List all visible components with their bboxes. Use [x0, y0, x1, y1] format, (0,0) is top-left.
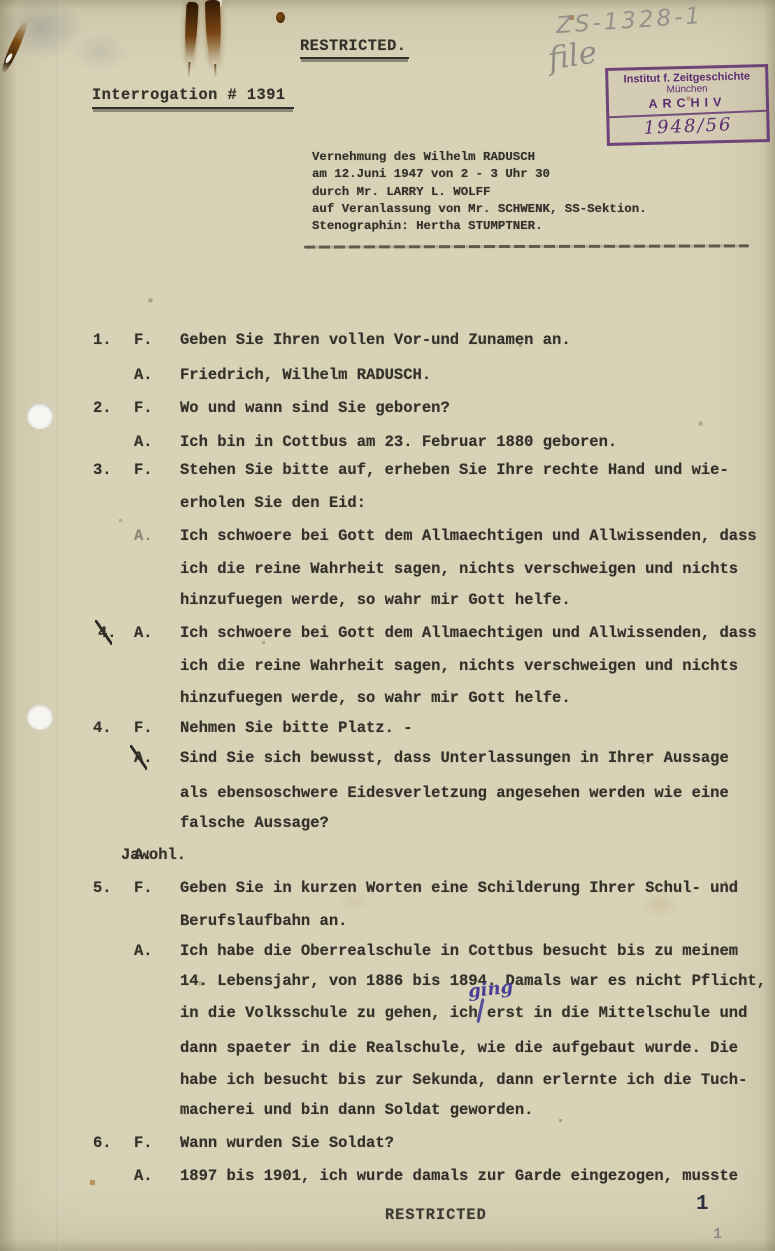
- qa-line: 4. A. Ich schwoere bei Gott dem Allmaech…: [93, 624, 773, 645]
- qa-line: in die Volksschule zu gehen, ich erst in…: [93, 1004, 773, 1025]
- line-text: Wo und wann sind Sie geboren?: [180, 399, 450, 417]
- speaker-label: F.: [134, 879, 153, 897]
- line-text: macherei und bin dann Soldat geworden.: [180, 1101, 533, 1119]
- line-text: Jawohl.: [121, 846, 186, 864]
- header-line: Vernehmung des Wilhelm RADUSCH: [312, 149, 647, 166]
- qa-line: A. Ich schwoere bei Gott dem Allmaechtig…: [93, 527, 773, 548]
- page-number: 1: [696, 1193, 709, 1216]
- line-text: Friedrich, Wilhelm RADUSCH.: [180, 366, 431, 384]
- qa-line: Berufslaufbahn an.: [93, 912, 773, 933]
- question-number: 3.: [93, 461, 112, 479]
- qa-line: 4. F. Nehmen Sie bitte Platz. -: [93, 719, 773, 740]
- speaker-label: F.: [134, 331, 153, 349]
- speaker-label: F.: [134, 719, 153, 737]
- line-text: Ich schwoere bei Gott dem Allmaechtigen …: [180, 624, 757, 642]
- line-text: ich die reine Wahrheit sagen, nichts ver…: [180, 657, 738, 675]
- speaker-label: A.: [134, 433, 153, 451]
- speaker-label: A.: [134, 527, 153, 545]
- interrogation-header-block: Vernehmung des Wilhelm RADUSCH am 12.Jun…: [312, 149, 647, 235]
- qa-line: erholen Sie den Eid:: [93, 494, 773, 515]
- handwritten-insertion: ging: [467, 977, 514, 1003]
- speaker-label: A.: [134, 1167, 153, 1185]
- qa-line: A. Ich habe die Oberrealschule in Cottbu…: [93, 942, 773, 963]
- speaker-label: F.: [134, 461, 153, 479]
- line-text: ich die reine Wahrheit sagen, nichts ver…: [180, 560, 738, 578]
- speaker-label: F.: [134, 399, 153, 417]
- speaker-label: A.: [134, 624, 153, 642]
- question-number: 4.: [93, 719, 112, 737]
- qa-line: 5. F. Geben Sie in kurzen Worten eine Sc…: [93, 879, 773, 900]
- paper-speckles: [0, 0, 1, 1]
- typed-divider-rule: [304, 244, 749, 248]
- qa-line: 6. F. Wann wurden Sie Soldat?: [93, 1134, 773, 1155]
- question-number-struck: 4.: [98, 624, 117, 642]
- header-line: durch Mr. LARRY L. WOLFF: [312, 184, 647, 201]
- rust-spot: [276, 12, 285, 23]
- line-text: Wann wurden Sie Soldat?: [180, 1134, 394, 1152]
- speaker-label: A.: [134, 942, 153, 960]
- qa-line: als ebensoschwere Eidesverletzung angese…: [93, 784, 773, 805]
- line-text: erholen Sie den Eid:: [180, 494, 366, 512]
- qa-line: 3. F. Stehen Sie bitte auf, erheben Sie …: [93, 461, 773, 482]
- classification-footer: RESTRICTED: [385, 1206, 487, 1224]
- qa-line: hinzufuegen werde, so wahr mir Gott helf…: [93, 591, 773, 612]
- line-text: dann spaeter in die Realschule, wie die …: [180, 1039, 738, 1057]
- qa-line: A. Ich bin in Cottbus am 23. Februar 188…: [93, 433, 773, 454]
- qa-line: 14. Lebensjahr, von 1886 bis 1894. Damal…: [93, 972, 773, 993]
- qa-line: falsche Aussage?: [93, 814, 773, 835]
- qa-line: 1. F. Geben Sie Ihren vollen Vor-und Zun…: [93, 331, 773, 352]
- line-text: Sind Sie sich bewusst, dass Unterlassung…: [180, 749, 729, 767]
- punch-hole: [27, 704, 53, 730]
- line-text: hinzufuegen werde, so wahr mir Gott helf…: [180, 689, 571, 707]
- qa-line: hinzufuegen werde, so wahr mir Gott helf…: [93, 689, 773, 710]
- burn-mark: [205, 0, 222, 66]
- question-number: 6.: [93, 1134, 112, 1152]
- stamp-accession-number: 1948/56: [609, 110, 767, 141]
- paper-fold-crease: [57, 0, 59, 1251]
- line-text: Stehen Sie bitte auf, erheben Sie Ihre r…: [180, 461, 729, 479]
- line-text: habe ich besucht bis zur Sekunda, dann e…: [180, 1071, 747, 1089]
- qa-line: A. 1897 bis 1901, ich wurde damals zur G…: [93, 1167, 773, 1188]
- line-text: Ich bin in Cottbus am 23. Februar 1880 g…: [180, 433, 617, 451]
- burn-mark-corner: [0, 19, 30, 76]
- qa-line: habe ich besucht bis zur Sekunda, dann e…: [93, 1071, 773, 1092]
- line-text: Ich schwoere bei Gott dem Allmaechtigen …: [180, 527, 757, 545]
- handwritten-file-note: file: [545, 34, 599, 77]
- handwritten-catalog-number: ZS-1328-1: [555, 3, 704, 39]
- line-text: Geben Sie Ihren vollen Vor-und Zunamen a…: [180, 331, 571, 349]
- header-line: Stenographin: Hertha STUMPTNER.: [312, 218, 647, 235]
- qa-line: A. Sind Sie sich bewusst, dass Unterlass…: [93, 749, 773, 770]
- punch-hole: [27, 403, 53, 429]
- qa-line: 2. F. Wo und wann sind Sie geboren?: [93, 399, 773, 420]
- question-number: 1.: [93, 331, 112, 349]
- qa-line: ich die reine Wahrheit sagen, nichts ver…: [93, 560, 773, 581]
- page-number-ghost: 1: [713, 1226, 722, 1243]
- qa-line: A. Jawohl.: [93, 846, 773, 867]
- line-text: Berufslaufbahn an.: [180, 912, 347, 930]
- line-text: Geben Sie in kurzen Worten eine Schilder…: [180, 879, 738, 897]
- line-text: in die Volksschule zu gehen, ich erst in…: [180, 1004, 747, 1022]
- scanned-document-page: RESTRICTED. Interrogation # 1391 ZS-1328…: [0, 0, 775, 1251]
- header-line: am 12.Juni 1947 von 2 - 3 Uhr 30: [312, 166, 647, 183]
- line-text: Nehmen Sie bitte Platz. -: [180, 719, 413, 737]
- question-number: 2.: [93, 399, 112, 417]
- qa-line: dann spaeter in die Realschule, wie die …: [93, 1039, 773, 1060]
- qa-line: ich die reine Wahrheit sagen, nichts ver…: [93, 657, 773, 678]
- speaker-label: A.: [134, 366, 153, 384]
- line-text: Ich habe die Oberrealschule in Cottbus b…: [180, 942, 738, 960]
- page-title: Interrogation # 1391: [92, 86, 294, 109]
- burn-mark: [183, 2, 198, 65]
- line-text: 1897 bis 1901, ich wurde damals zur Gard…: [180, 1167, 738, 1185]
- classification-header: RESTRICTED.: [300, 37, 409, 59]
- question-number: 5.: [93, 879, 112, 897]
- line-text: hinzufuegen werde, so wahr mir Gott helf…: [180, 591, 571, 609]
- line-text: falsche Aussage?: [180, 814, 329, 832]
- header-line: auf Veranlassung von Mr. SCHWENK, SS-Sek…: [312, 201, 647, 218]
- archive-stamp: Institut f. Zeitgeschichte München ARCHI…: [605, 64, 770, 146]
- qa-line: macherei und bin dann Soldat geworden.: [93, 1101, 773, 1122]
- line-text: als ebensoschwere Eidesverletzung angese…: [180, 784, 729, 802]
- speaker-label: F.: [134, 1134, 153, 1152]
- qa-line: A. Friedrich, Wilhelm RADUSCH.: [93, 366, 773, 387]
- speaker-label-struck: A.: [134, 749, 153, 767]
